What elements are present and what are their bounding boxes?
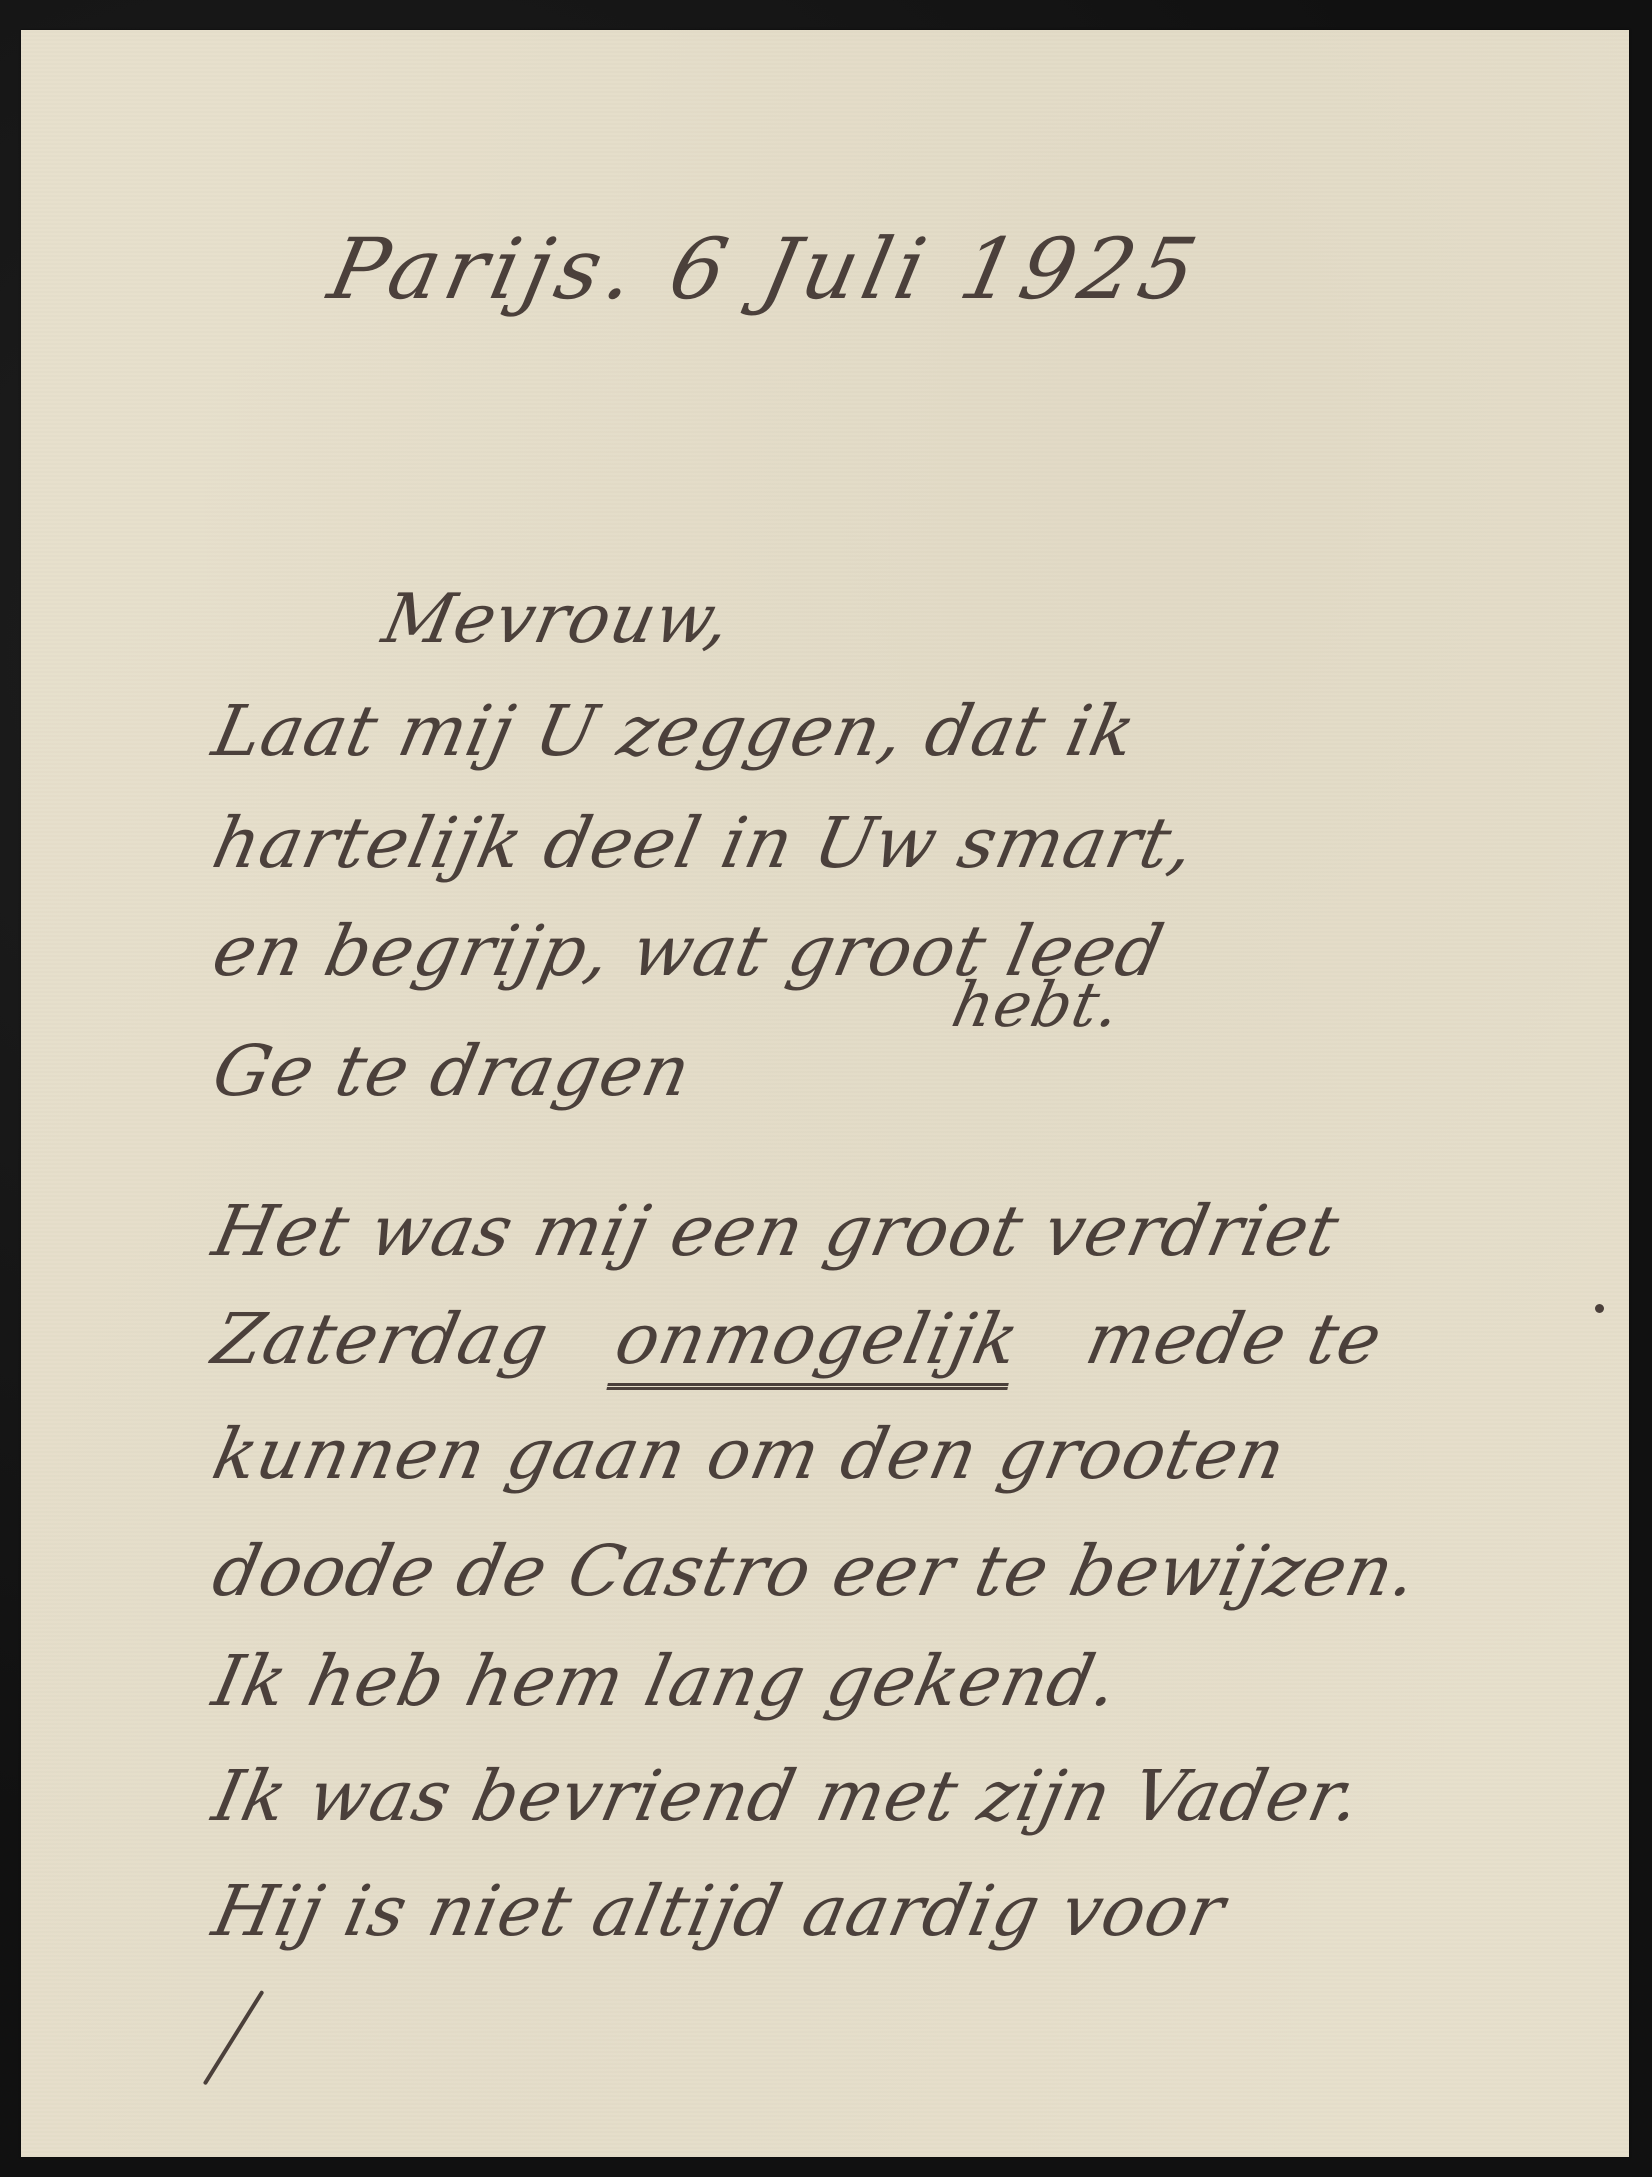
body-line-9: Ik heb hem lang gekend. — [206, 1640, 1126, 1722]
body-line-4: Ge te dragen hebt. — [206, 1030, 698, 1112]
place-name: Parijs. — [321, 220, 650, 318]
body-line-8: doode de Castro eer te bewijzen. — [206, 1530, 1425, 1612]
inserted-word: hebt. — [946, 968, 1127, 1041]
underlined-word: onmogelijk — [609, 1298, 1027, 1380]
letter-page: Parijs. 6 Juli 1925 Mevrouw, Laat mij U … — [21, 30, 1629, 2157]
salutation: Mevrouw, — [376, 580, 738, 659]
word-zaterdag: Zaterdag — [206, 1298, 556, 1380]
body-line-5: Het was mij een groot verdriet — [206, 1190, 1347, 1272]
body-line-6: Zaterdag onmogelijk mede te — [206, 1298, 1389, 1380]
body-line-7: kunnen gaan om den grooten — [206, 1413, 1293, 1495]
ink-dot — [1595, 1304, 1604, 1313]
ink-descender-stroke — [203, 1990, 265, 2085]
letter-dateline: Parijs. 6 Juli 1925 — [321, 220, 1210, 318]
body-line-10: Ik was bevriend met zijn Vader. — [206, 1755, 1368, 1837]
date-text: 6 Juli 1925 — [661, 220, 1210, 318]
body-line-2: hartelijk deel in Uw smart, — [206, 802, 1202, 884]
body-line-1: Laat mij U zeggen, dat ik — [206, 690, 1143, 772]
body-line-4-text: Ge te dragen — [206, 1030, 698, 1112]
word-mede-te: mede te — [1079, 1298, 1389, 1380]
body-line-11: Hij is niet altijd aardig voor — [206, 1870, 1233, 1952]
